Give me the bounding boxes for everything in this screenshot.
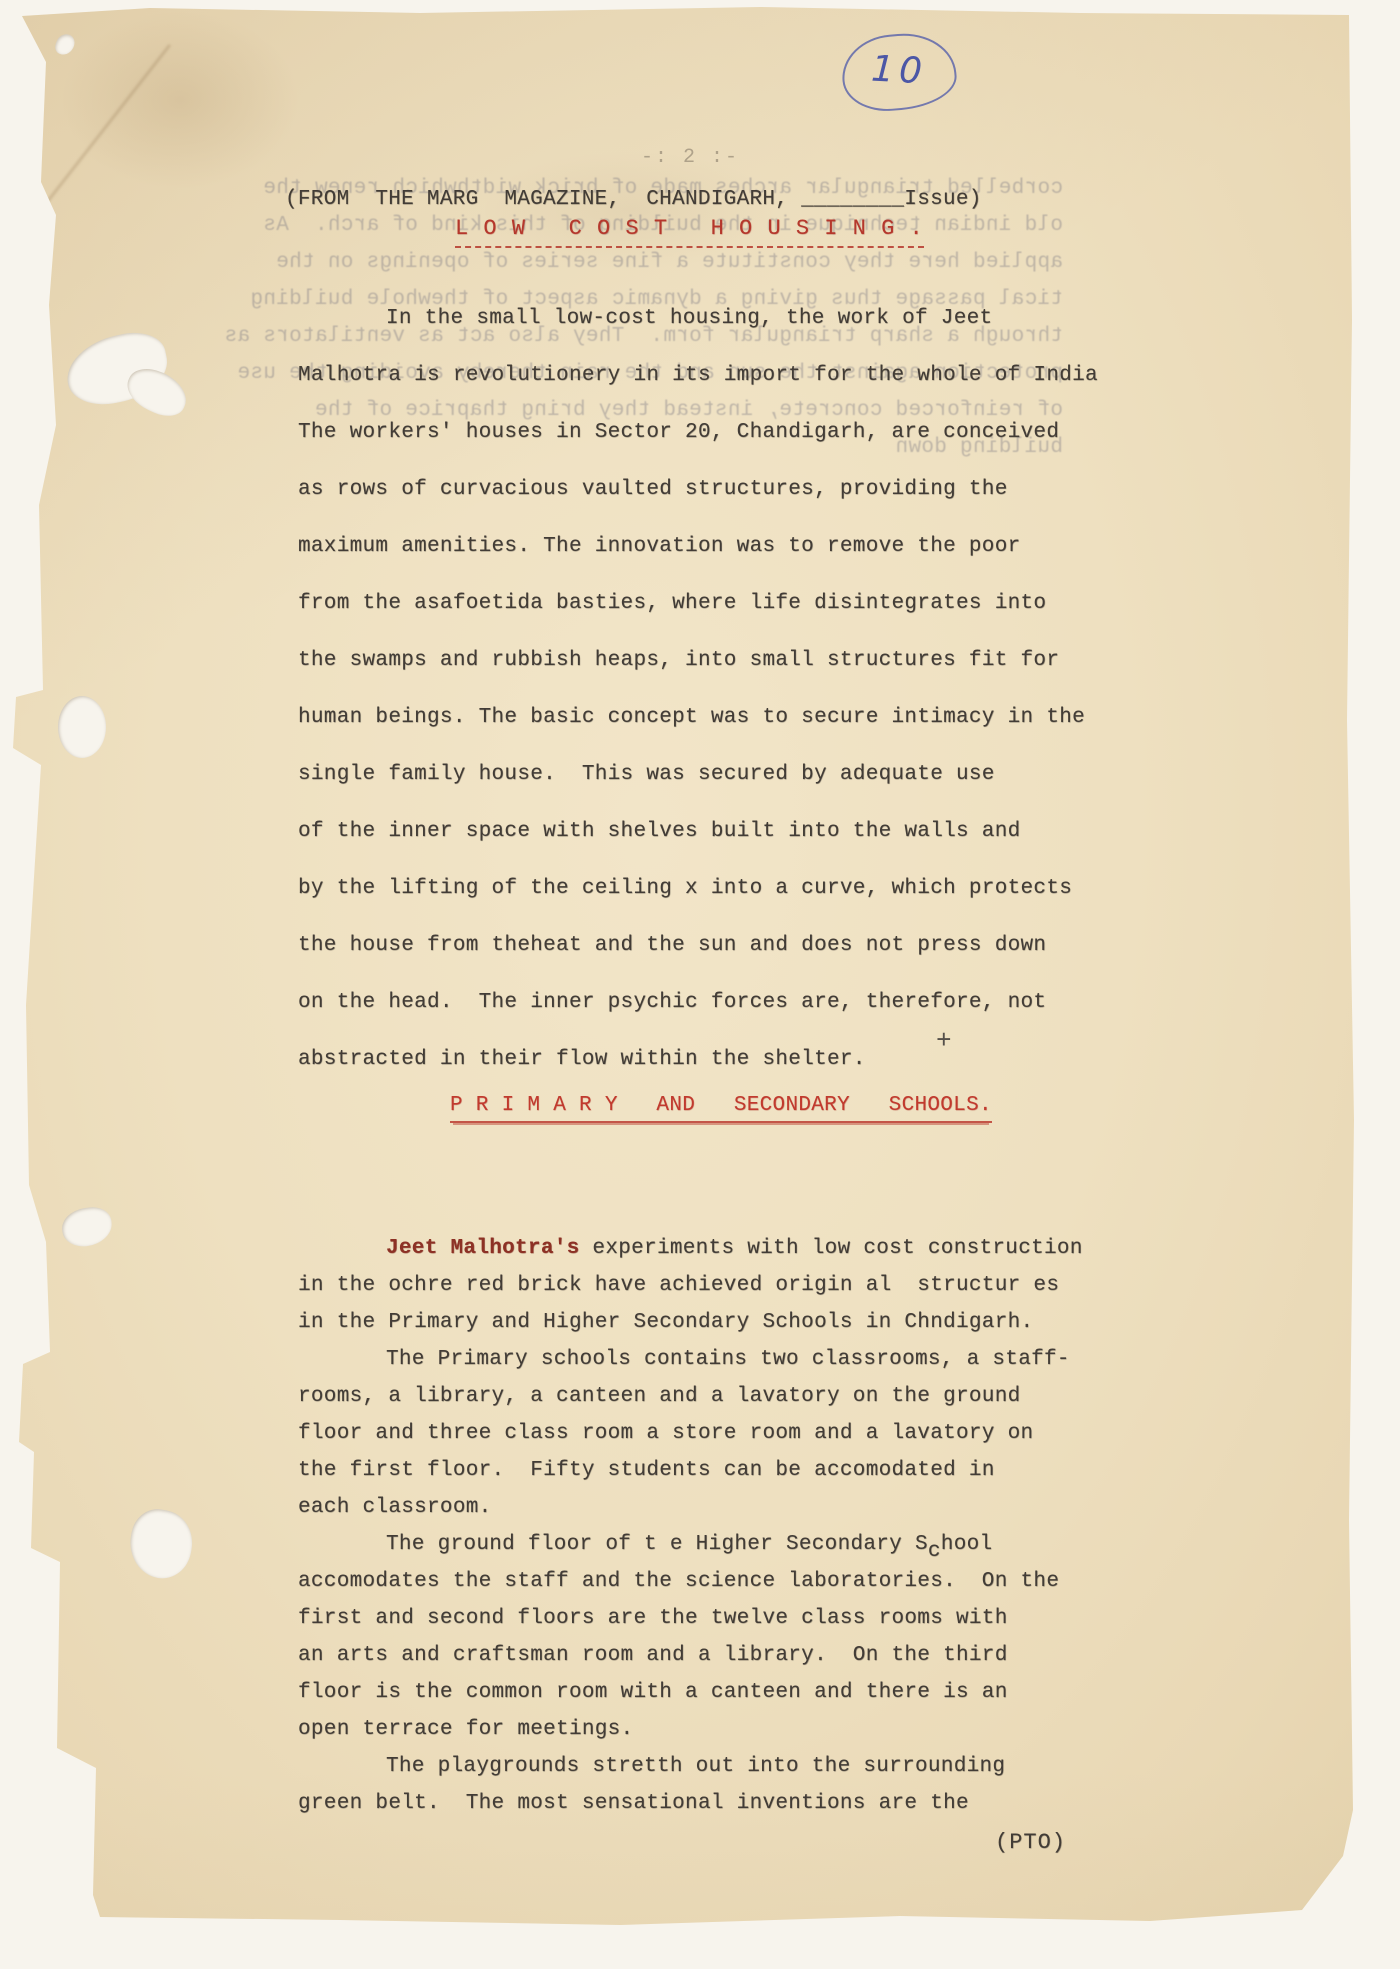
text-line: The Primary schools contains two classro… [298, 1341, 1083, 1378]
paper-hole [60, 1205, 115, 1250]
text-line: accomodates the staff and the science la… [298, 1563, 1083, 1600]
section-heading-schools: P R I M A R Y AND SECONDARY SCHOOLS. [450, 1094, 992, 1123]
text-line: abstracted in their flow within the shel… [298, 1031, 1098, 1088]
text-line: by the lifting of the ceiling x into a c… [298, 860, 1098, 917]
source-line: (FROM THE MARG MAGAZINE, CHANDIGARH, ___… [285, 188, 982, 211]
text-line: single family house. This was secured by… [298, 746, 1098, 803]
paper-hole [53, 32, 77, 58]
text-line: human beings. The basic concept was to s… [298, 689, 1098, 746]
text-line: Malhotra is revolutionery in its import … [298, 347, 1098, 404]
document-title: L O W C O S T H O U S I N G . [455, 216, 924, 248]
dropped-letter: c [928, 1533, 941, 1570]
pto-footer: (PTO) [995, 1830, 1066, 1855]
text-line: on the head. The inner psychic forces ar… [298, 974, 1098, 1031]
text-line: each classroom. [298, 1489, 1083, 1526]
text-segment: hool [941, 1533, 993, 1556]
paragraph-schools: Jeet Malhotra's experiments with low cos… [298, 1230, 1083, 1822]
text-line: from the asafoetida basties, where life … [298, 575, 1098, 632]
ghost-line: applied here they constitute a fine seri… [55, 244, 1063, 281]
paper-hole [125, 1505, 198, 1583]
text-line: the house from theheat and the sun and d… [298, 917, 1098, 974]
text-line: the first floor. Fifty students can be a… [298, 1452, 1083, 1489]
punch-hole [58, 696, 106, 758]
handwritten-page-annotation-circle: 10 [839, 29, 959, 115]
text-line: of the inner space with shelves built in… [298, 803, 1098, 860]
text-line: open terrace for meetings. [298, 1711, 1083, 1748]
text-segment: The ground floor of t e Higher Secondary… [386, 1533, 928, 1556]
text-line: as rows of curvacious vaulted structures… [298, 461, 1098, 518]
paper-stain [60, 10, 300, 190]
text-segment: experiments with low cost construction [580, 1237, 1083, 1260]
red-emphasis-name: Jeet Malhotra's [386, 1237, 580, 1260]
text-line: in the Primary and Higher Secondary Scho… [298, 1304, 1083, 1341]
text-line: floor is the common room with a canteen … [298, 1674, 1083, 1711]
text-line: The ground floor of t e Higher Secondary… [298, 1526, 1083, 1563]
plus-mark: + [936, 1026, 952, 1056]
text-line: The playgrounds stretth out into the sur… [298, 1748, 1083, 1785]
text-line: an arts and craftsman room and a library… [298, 1637, 1083, 1674]
text-line: floor and three class room a store room … [298, 1415, 1083, 1452]
text-line: maximum amenities. The innovation was to… [298, 518, 1098, 575]
annotation-number: 10 [870, 48, 928, 92]
page-number: -: 2 :- [600, 146, 780, 169]
document-page: corbelled triangular arches made of bric… [0, 0, 1400, 1969]
text-line: green belt. The most sensational inventi… [298, 1785, 1083, 1822]
text-line: the swamps and rubbish heaps, into small… [298, 632, 1098, 689]
text-line: rooms, a library, a canteen and a lavato… [298, 1378, 1083, 1415]
text-line: first and second floors are the twelve c… [298, 1600, 1083, 1637]
text-line: The workers' houses in Sector 20, Chandi… [298, 404, 1098, 461]
text-line: Jeet Malhotra's experiments with low cos… [298, 1230, 1083, 1267]
text-line: in the ochre red brick have achieved ori… [298, 1267, 1083, 1304]
text-line: In the small low-cost housing, the work … [298, 290, 1098, 347]
paragraph-low-cost-housing: In the small low-cost housing, the work … [298, 290, 1098, 1088]
